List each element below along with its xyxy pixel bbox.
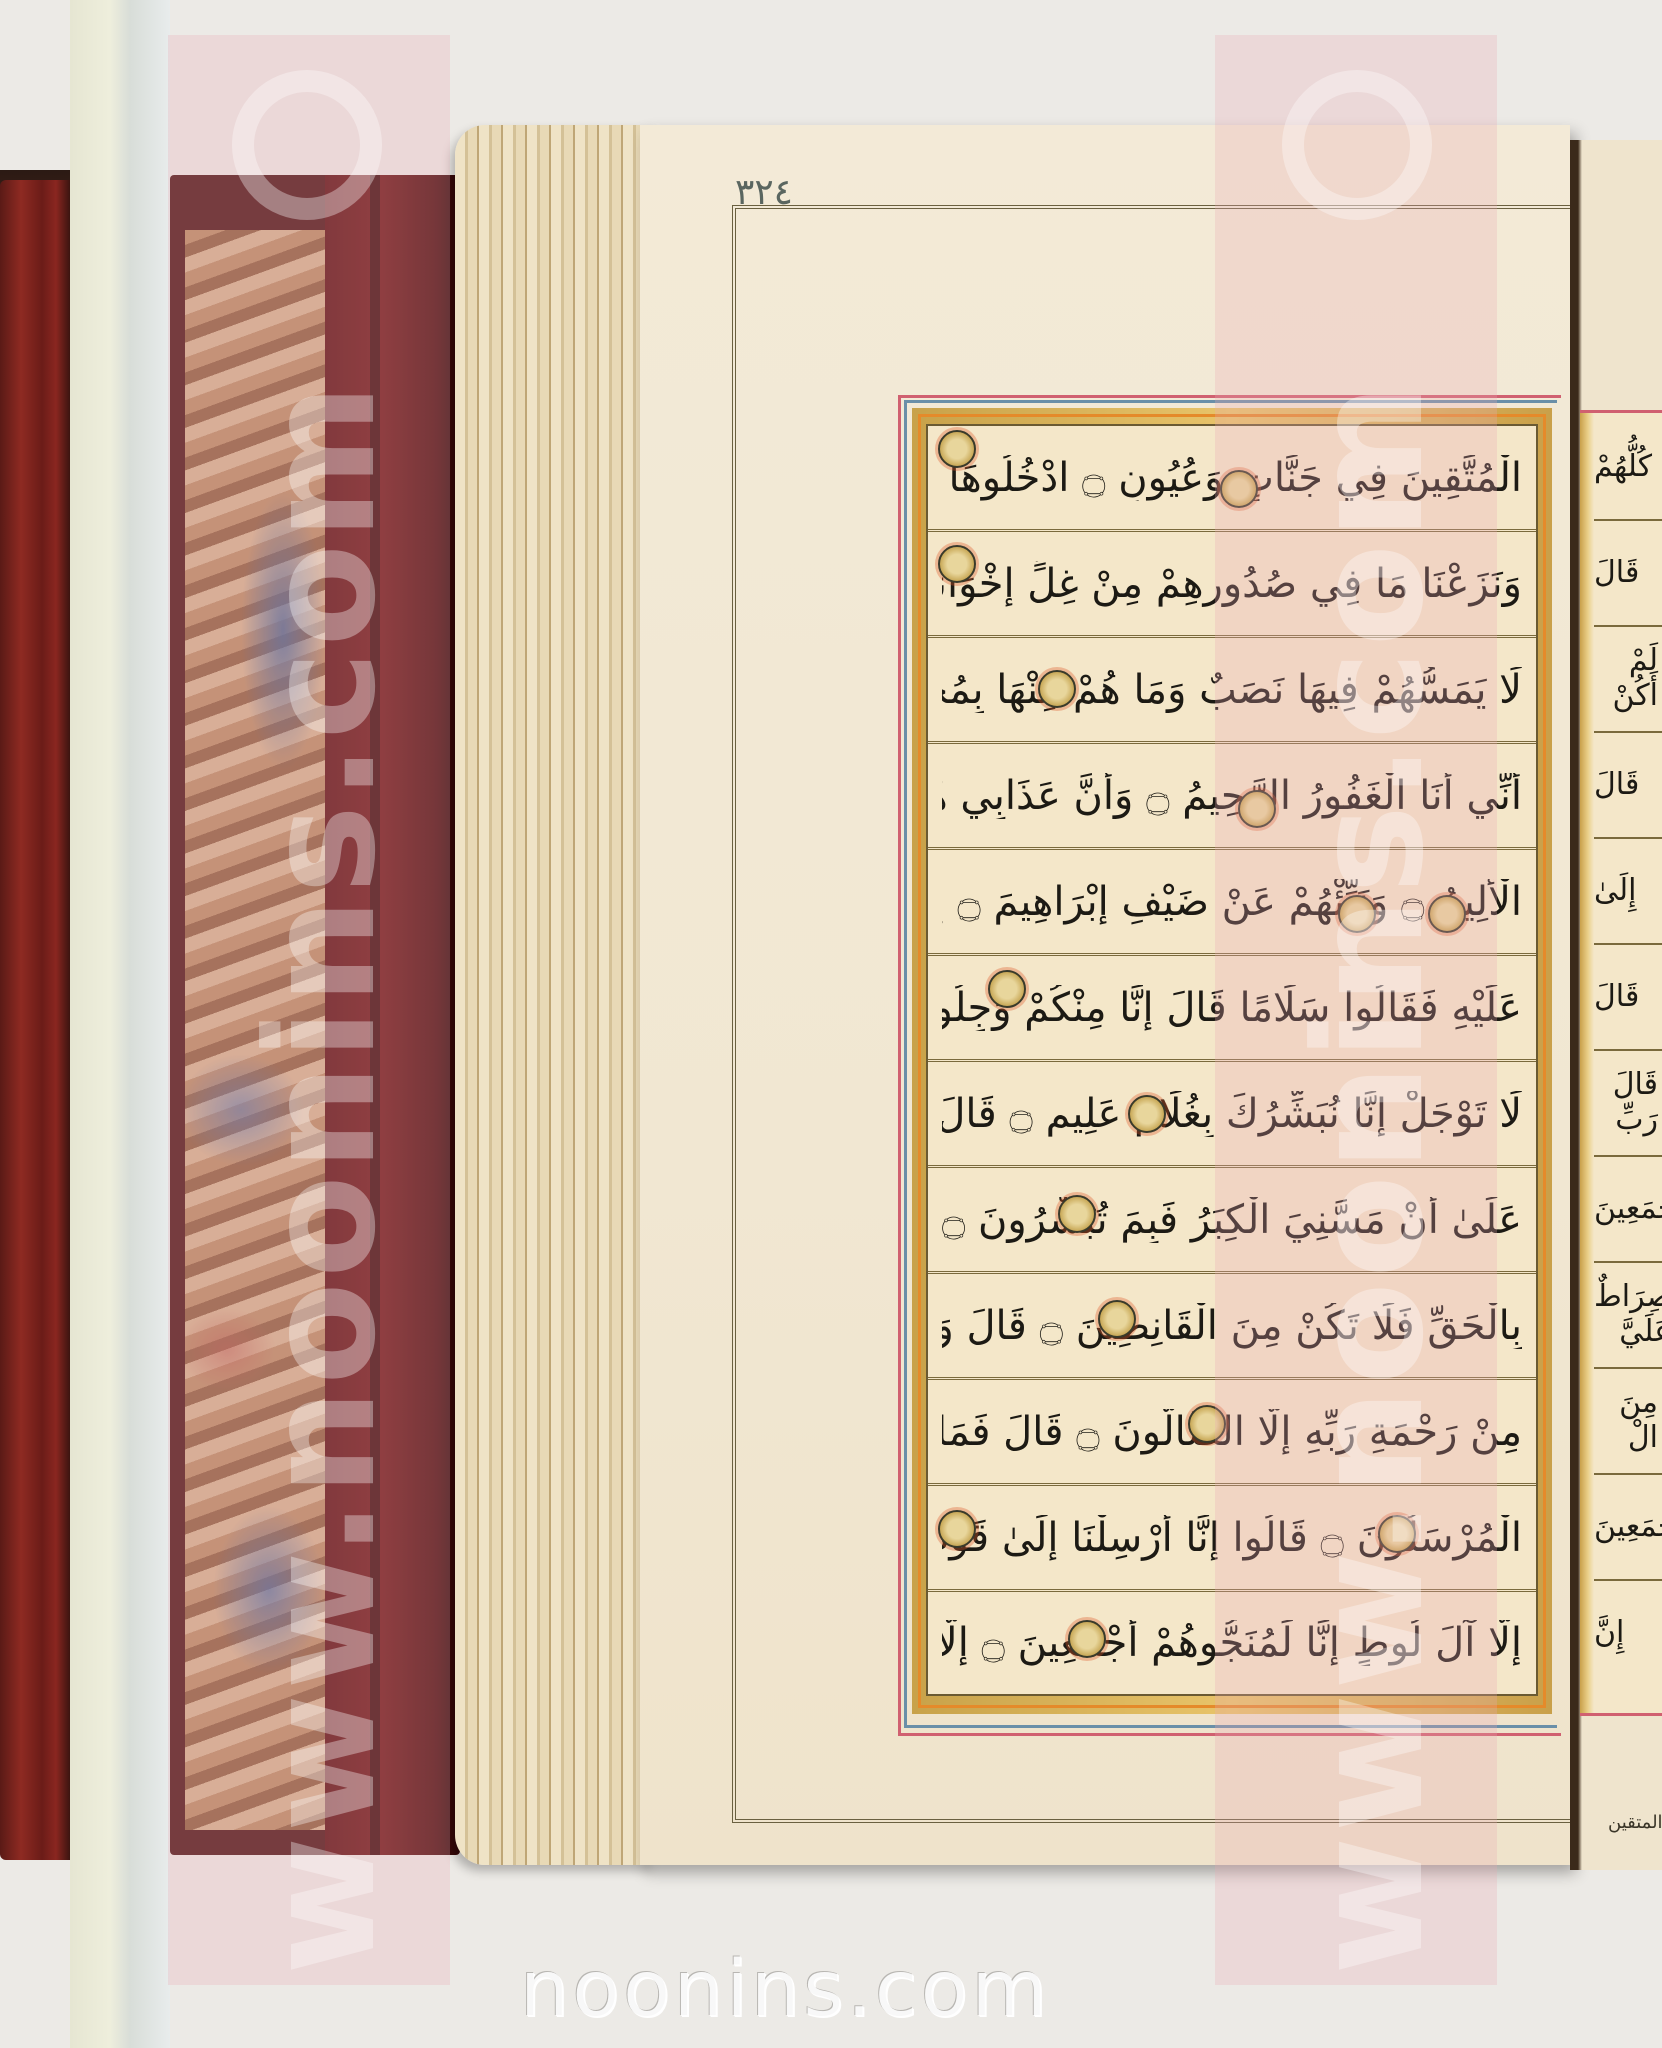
- page-edges-stack: [455, 125, 655, 1865]
- verse-rosette-icon: [1058, 1195, 1096, 1233]
- verse-rosette-icon: [1068, 1620, 1106, 1658]
- facing-line: إِنَّ: [1594, 1579, 1662, 1685]
- watermark-vertical-text-right: www.noonins.com: [1283, 379, 1457, 1975]
- verse-rosette-icon: [938, 545, 976, 583]
- left-book-red-leather-cover: [0, 180, 70, 1860]
- facing-line: قَالَ: [1594, 731, 1662, 839]
- facing-line: أَجْمَعِينَ: [1594, 1155, 1662, 1263]
- bookmark-ribbon-strip: [70, 0, 170, 2048]
- copyright-watermark-icon: [232, 70, 382, 220]
- watermark-vertical-text-left: www.noonins.com: [235, 379, 409, 1975]
- verse-rosette-icon: [938, 1510, 976, 1548]
- facing-line: أَجْمَعِينَ: [1594, 1473, 1662, 1581]
- facing-line: صِرَاطٌ عَلَيَّ: [1594, 1261, 1662, 1369]
- catchword: المتقين: [1608, 1812, 1662, 1833]
- facing-line: مِنَ الْ: [1594, 1367, 1662, 1475]
- verse-rosette-icon: [1128, 1095, 1166, 1133]
- facing-line: قَالَ: [1594, 943, 1662, 1051]
- facing-line: قَالَ: [1594, 519, 1662, 627]
- watermark-bottom-text: noonins.com: [520, 1945, 1050, 2035]
- facing-line: لَمْ أَكُنْ: [1594, 625, 1662, 733]
- verse-rosette-icon: [988, 970, 1026, 1008]
- facing-line: إِلَىٰ: [1594, 837, 1662, 945]
- verse-rosette-icon: [1098, 1300, 1136, 1338]
- copyright-watermark-icon: [1282, 70, 1432, 220]
- facing-line: كُلُّهُمْ: [1594, 413, 1662, 521]
- facing-page-text-block: كُلُّهُمْ قَالَ لَمْ أَكُنْ قَالَ إِلَىٰ…: [1580, 410, 1662, 1716]
- verse-rosette-icon: [938, 430, 976, 468]
- verse-rosette-icon: [1038, 670, 1076, 708]
- facing-line: قَالَ رَبِّ: [1594, 1049, 1662, 1157]
